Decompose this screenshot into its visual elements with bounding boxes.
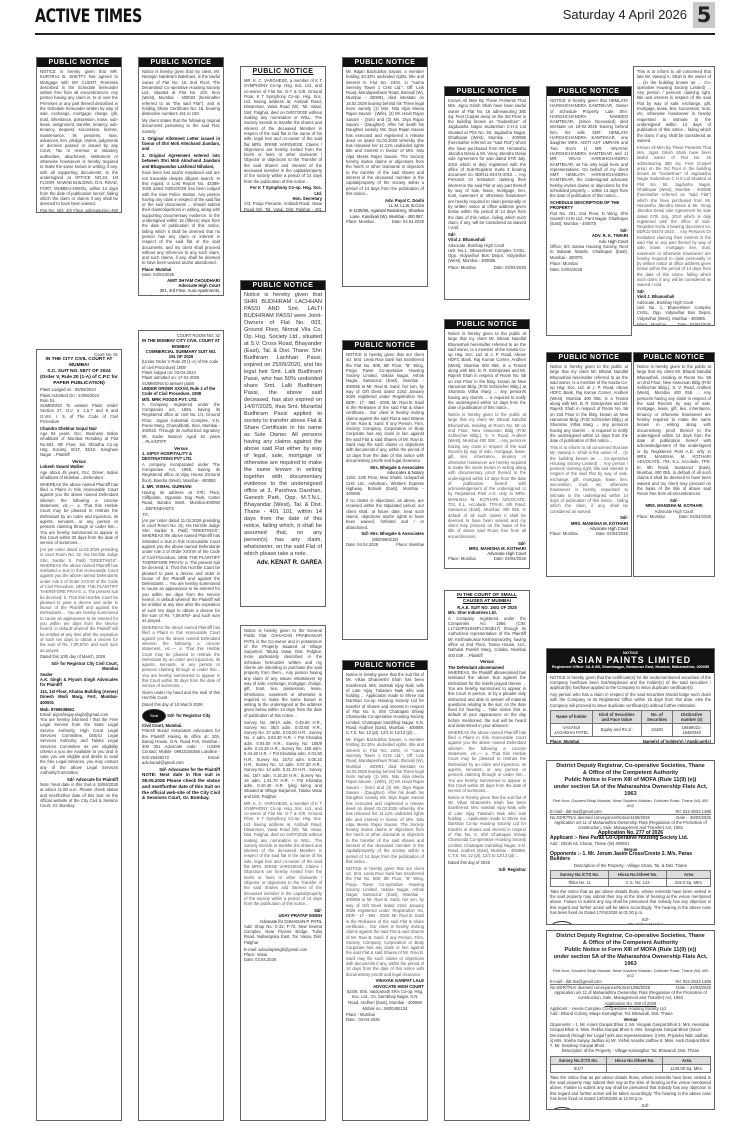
notice-heading: PUBLIC NOTICE xyxy=(343,58,427,67)
dated: Dated this day of 2026 xyxy=(448,860,526,865)
dated: Dated this day of 10 March 2026 xyxy=(142,702,220,707)
notice-body: NOTICE is hereby given that our client v… xyxy=(346,352,424,463)
public-notice-jigna-shah: PUBLIC NOTICE Known All Men By These Pre… xyxy=(444,86,530,300)
company-name: ASIAN PAINTS LIMITED xyxy=(547,655,714,665)
signatory: Adv. KENAT R. GAREA xyxy=(244,560,322,567)
public-notice-chhagan-patil: Notice is hereby given to the General Pu… xyxy=(240,625,326,1121)
schedule-heading: SCHEDULE DESCRIPTION OF THE PROPERTY xyxy=(550,200,628,211)
address: 1202, 12th Floor, Maa Shakti, Udayachal … xyxy=(346,475,424,496)
col-header: Hissa No./Sheet No. xyxy=(607,1056,663,1064)
date: Date : 04-04-2026 xyxy=(346,1017,424,1022)
lost-report: have been lost and/or misplaced and are … xyxy=(142,170,220,265)
col-header: Hissa No./Sheet No. xyxy=(608,870,666,878)
property-table: Survey No./CTS No. Hissa No./Sheet No. A… xyxy=(550,870,711,887)
notice-body: Mr. Rajan Bachubhai Savani, a member hol… xyxy=(346,69,424,196)
col-header: Area xyxy=(667,870,711,878)
date: Date: 03.04.2026 xyxy=(244,957,322,962)
notice-body: NOTICE is hereby given that MR. KURYRAJ … xyxy=(40,69,118,207)
col-header: Area xyxy=(663,1056,711,1064)
registrar-sign: Sd/- Registrar xyxy=(448,867,526,872)
plaintiff-details: Age 54 years, Occ. Business Indian inhab… xyxy=(40,431,118,457)
ddr-address: First floor, Gaodevi Bhaji Mandai, Near … xyxy=(550,968,711,979)
notice-body-cont-2: NOTICE is hereby given that our client v… xyxy=(346,866,424,977)
signatory: (Dr. Kishor Mande) xyxy=(580,922,711,925)
notice-body: This is to inform to all concerned that … xyxy=(637,69,711,143)
security-kind: Equity and Rs.1/- xyxy=(592,723,641,736)
table-row: 5/1/7 - 1135.00 Sq. Mtrs. xyxy=(551,1064,711,1072)
advocates-details: Pritesh Burad Associates Advocates for t… xyxy=(142,728,220,765)
place: Place: Mumbai xyxy=(550,531,578,536)
survey-no: 5/1/7 xyxy=(551,1064,607,1072)
date: Date: 04/04/2026 xyxy=(494,265,526,270)
area: 1135.00 Sq. Mtrs. xyxy=(663,1064,711,1072)
summons-text: SUMMONS To answer Plaint Under Section 2… xyxy=(40,403,118,424)
summary-suit: COMMERCIAL SUMMARY SUIT NO. 191 OF 2026 xyxy=(142,349,220,360)
col-header: No. of Securities xyxy=(641,710,673,723)
notice-body-cont: Notice is hereby given to the public at … xyxy=(448,412,526,539)
place: Place : Mumbai xyxy=(637,322,666,326)
notice-body-cont: This is to inform to all concerned that … xyxy=(550,445,628,514)
notice-body: Notice is hereby given that SHRI BUDHIRA… xyxy=(244,292,322,558)
signatory: (Dr. Kishor Mande) xyxy=(580,1108,711,1110)
issue-date: Saturday 4 April 2026 xyxy=(563,7,687,22)
hearing-notice: Take the notice that as per above detail… xyxy=(550,1075,711,1101)
registrar-sign: Sd/- for Registrar City Civil Court, Mum… xyxy=(40,661,118,672)
notice-heading: PUBLIC NOTICE xyxy=(343,341,427,350)
table-row: VASANJI JAGABHAI PATEL Equity and Rs.1/-… xyxy=(551,723,711,736)
ddr-title-1: District Deputy Registrar, Co-operative … xyxy=(550,933,711,940)
notice-heading: PUBLIC NOTICE xyxy=(445,320,529,329)
place: Place: Mumbai xyxy=(346,219,374,224)
summons-body-cont: WHEREAS the above named Plaintiff has fi… xyxy=(142,625,220,689)
holder-name: VASANJI JAGABHAI PATEL xyxy=(551,723,593,736)
ddr-title-3: Public Notice in Form XIII of MOFA (Rule… xyxy=(550,947,711,954)
masthead-rule xyxy=(35,33,715,35)
public-notice-bhanushali-tenant: PUBLIC NOTICE Notice is hereby given to … xyxy=(546,352,632,577)
bombay-city-civil-court-summary-suit: COURT ROOM NO: 32 IN THE BOMBAY CITY CIV… xyxy=(138,330,224,1121)
summons-body: WHEREAS, the Plaintiff abovenamed has in… xyxy=(448,670,526,728)
summons-body: WHEREAS the above named Plaintiff has fi… xyxy=(40,482,118,546)
holder-label: Name(s) of holder(s) / Applicant(s) xyxy=(643,739,711,744)
public-notice-bhanushali-room: PUBLIC NOTICE Notice is hereby given to … xyxy=(444,319,530,569)
paper-name: ACTIVE TIMES xyxy=(35,5,142,27)
notice-body-2: Any person who has a claim in respect of… xyxy=(550,692,711,708)
col-header: Survey No./CTS No. xyxy=(551,870,609,878)
ddr-title-2: & Office of the Competent Authority xyxy=(550,940,711,947)
address: Add: Shop No. C-32, F-73, New Seema Comp… xyxy=(244,924,322,945)
ddr-title-1: District Deputy Registrar, Co-operative … xyxy=(550,763,711,770)
notice-heading: PUBLIC NOTICE xyxy=(343,661,427,670)
court-name: IN THE COURT OF SMALL CAUSES AT MUMBAI xyxy=(448,593,526,605)
notice-heading: PUBLIC NOTICE xyxy=(241,67,325,76)
next-date-note: Note: Next date in this Suit is 18/04/20… xyxy=(40,782,118,808)
ddr-address: First floor, Gaodevi Bhaji Mandai, Near … xyxy=(550,798,711,809)
address: 524/8, Shri. Vaidyanath SRA Co-op. Hsg. … xyxy=(346,989,424,1005)
order-rule: [Under Order V Rule 20 (1-A) of the code… xyxy=(142,359,220,370)
distinctive-numbers: 19469021- 19480340 xyxy=(673,723,711,736)
ddr-title-4: under section 5A of the Maharashtra Owne… xyxy=(550,784,711,798)
defendant-2-details: Having its address at 07th Floor, Cliffp… xyxy=(142,490,220,511)
signatory-address: 301, 3rd Floor, Aura Apartments, Sachatm… xyxy=(142,288,220,296)
property-table: Survey No./CTS No. Hissa No./Sheet No. A… xyxy=(550,1056,711,1073)
ddr-email: E-mail - ddr.tna@gmail.com xyxy=(550,809,602,814)
notice-body: NOTICE is hereby given that HEMLATA HARI… xyxy=(550,98,628,199)
defendant-details: Age about 45 years, Occ. Driver, Indian … xyxy=(40,470,118,481)
public-notice-kothari: PUBLIC NOTICE Notice is hereby given to … xyxy=(633,352,715,577)
notice-body-cont: MR. K. C. VARGHESE, a member of K T SYMP… xyxy=(244,801,322,907)
notice-heading: PUBLIC NOTICE xyxy=(241,281,325,290)
ref-number: No.DDR/TNA/ deemed conveyance/Notice/118… xyxy=(550,815,650,820)
place: Place: Mumbai xyxy=(448,556,476,561)
address: E-1105/06, Agarwal Residency, Shankar La… xyxy=(346,208,424,219)
notice-heading: PUBLIC NOTICE xyxy=(634,353,714,362)
asian-paints-notice: NOTICE ASIAN PAINTS LIMITED Registered O… xyxy=(546,648,715,744)
ddr-tel: Tel: 022-2533 1486 xyxy=(675,979,711,984)
ddr-title-3: Public Notice in Form XIII of MOFA (Rule… xyxy=(550,777,711,784)
place: Place: Mumbai xyxy=(448,265,476,270)
hearing-notice: Take the notice that as per above detail… xyxy=(550,889,711,915)
security-count: 10420 xyxy=(641,723,673,736)
place: Place: Mumbai xyxy=(637,514,665,519)
summons-body-cont-2: Notice is hereby given that the suit fla… xyxy=(448,795,526,859)
table-row: Tikka No. 11 C.S. No. 124 319.0 Sq. Mtrs… xyxy=(551,878,711,886)
application-under: Application u/s 11 of Maharashtra Owners… xyxy=(550,990,711,1001)
ddr-notice-280: District Deputy Registrar, Co-operative … xyxy=(546,930,715,1110)
seal-icon: SEAL xyxy=(550,1107,574,1110)
notice-body-cont: Mr. Rajan Bachubhai Savani, a member hol… xyxy=(346,737,424,864)
schedule: Flat No. 201, 2nd Floor, D Wing, Shri Ga… xyxy=(550,211,628,227)
address: Unit No.1, Bhavesheer Complex CHSL, Opp.… xyxy=(448,248,526,264)
notice-body: MR. K. C. VARGHESE, a member of K T SYMP… xyxy=(244,78,322,184)
securities-table: Name of holder Kind of Securities and Fa… xyxy=(550,710,711,737)
ddr-title-2: & Office of the Competent Authority xyxy=(550,770,711,777)
date: Date: 04/04/2026 xyxy=(494,556,526,561)
defendant-1-details: A company incorporated under The Compani… xyxy=(142,462,220,483)
survey-no: Tikka No. 11 xyxy=(551,878,609,886)
summons-body-cont: WHEREAS the above named Plaintiff has fi… xyxy=(448,730,526,794)
date: Date: 04/04/2026 xyxy=(596,531,628,536)
public-notice-mortgage: PUBLIC NOTICE NOTICE is hereby given tha… xyxy=(36,57,122,213)
date: Date: 04/04/2026 xyxy=(550,267,628,272)
advocate: A.K. Singh & Piyush Singh Advocates for … xyxy=(40,677,118,688)
notice-schedule: Flat No. 403, 4th Floor, admeasuring 450… xyxy=(40,208,118,213)
signatory: For K T Symphony Co-op. Hsg. Soc. Ltd. xyxy=(244,185,322,196)
property-schedule: Survey No. 38/1A adm. 0.49.50 H.R., Surv… xyxy=(244,720,322,799)
documents-intro: My client states that the following orig… xyxy=(142,118,220,134)
public-notice-savani: PUBLIC NOTICE Mr. Rajan Bachubhai Savani… xyxy=(342,57,428,287)
place: Place: Mumbai xyxy=(396,542,424,547)
ddr-email: E-mail - ddr.tna@gmail.com xyxy=(550,979,602,984)
court-name: IN THE CITY CIVIL COURT AT MUMBAI xyxy=(40,357,118,369)
public-notice-naik: PUBLIC NOTICE Notice is hereby given tha… xyxy=(342,660,428,1121)
summons-body-cont: [As per order dated 11.02.2026 presiding… xyxy=(40,547,118,653)
place: Place: Mumbai xyxy=(550,739,583,744)
summons-body: [As per order dated 11.02.2026 presiding… xyxy=(142,518,220,624)
notice-heading: PUBLIC NOTICE xyxy=(445,87,529,96)
public-notice-budhiram-passi: PUBLIC NOTICE Notice is hereby given tha… xyxy=(240,280,326,607)
notice-body-1: NOTICE is hereby given that the certific… xyxy=(550,675,711,691)
next-date-note: NOTE: Next date in this suit is 08.05.20… xyxy=(142,772,220,801)
plaintiff-details: A Company registered under the Companies… xyxy=(142,402,220,444)
ddr-notice-277: District Deputy Registrar, Co-operative … xyxy=(546,760,715,925)
ddr-tel: Tel: 022-2533 1486 xyxy=(675,809,711,814)
public-notice-kamtekar: PUBLIC NOTICE NOTICE is hereby given tha… xyxy=(546,86,632,336)
masthead: ACTIVE TIMES Saturday 4 April 2026 5 xyxy=(35,0,715,28)
notice-body: Notice is hereby given that the suit fla… xyxy=(346,672,424,736)
notice-heading: PUBLIC NOTICE xyxy=(547,87,631,96)
page-number: 5 xyxy=(693,2,715,28)
court-seal-icon: Seal xyxy=(142,709,166,723)
address: Office: 5/3 Janata Housing Society, Next… xyxy=(550,244,628,260)
ddr-title-4: under section 5A of the Maharashtra Owne… xyxy=(550,954,711,968)
notice-heading: PUBLIC NOTICE xyxy=(547,353,631,362)
registered-office: Registered Office: 6A & 6B, Shantinagar,… xyxy=(547,665,714,670)
col-header: Name of holder xyxy=(551,710,593,723)
property-description: Description of the Property - Village Ka… xyxy=(550,1048,711,1053)
defendant-1: 1. GIPSY HOSPITALITY & DESTINATIONS PVT … xyxy=(142,451,220,462)
public-notice-kt-symphony: PUBLIC NOTICE MR. K. C. VARGHESE, a memb… xyxy=(240,66,326,212)
opponents: Opponents :- 1. Mr. Jorum Jasim Cross/Cr… xyxy=(550,852,711,863)
hissa-no: - xyxy=(607,1064,663,1072)
notice-body-cont: Known All Men By These Presents That Mrs… xyxy=(637,145,711,288)
hissa-no: C.S. No. 124 xyxy=(608,878,666,886)
advocate-address: 114, 1st Floor, Khatau Building (Annex) … xyxy=(40,689,118,705)
col-header: Kind of Securities and Face Value xyxy=(592,710,641,723)
col-header: Distinctive number (s) xyxy=(673,710,711,723)
notice-body: Notice is hereby given to the public at … xyxy=(637,364,711,496)
notice-heading: PUBLIC NOTICE xyxy=(37,58,121,67)
dated: Dated this 10th day of March, 2026 xyxy=(40,654,118,659)
notice-body: Notice is hereby given to the General Pu… xyxy=(244,628,322,718)
notice-heading: PUBLIC NOTICE xyxy=(139,58,223,67)
date: Date: 04/04/2026 xyxy=(679,514,711,519)
public-notice-sanil: PUBLIC NOTICE NOTICE is hereby given tha… xyxy=(342,340,428,640)
date: Date : 04/04/2026 xyxy=(678,322,711,326)
plaintiff-details: A Company registered under the Companies… xyxy=(448,616,526,658)
notice-vasanji-shah: This is to inform to all concerned that … xyxy=(633,66,715,326)
address: A/3, Pooja Pinnacle, Ambadi Road, Vasai … xyxy=(244,201,322,212)
document-2: 2. Original Agreement entered into betwe… xyxy=(142,153,220,169)
notice-body: Notice is hereby given to the public at … xyxy=(550,364,628,443)
city-civil-court-summons: Court No. 61 IN THE CITY CIVIL COURT AT … xyxy=(36,349,122,1121)
public-notice-lost-documents: PUBLIC NOTICE Notice is hereby given tha… xyxy=(138,57,224,296)
address: Unit No. 1, Bhavesheer Complex CHSL, Opp… xyxy=(637,305,711,321)
opponents: Opponents :- 1. Mr. Anant Ganpat Bhoir 2… xyxy=(550,1022,711,1048)
property-description: Description of the Property - Village Ch… xyxy=(550,863,711,868)
date: Date: 04.04.2026 xyxy=(392,219,424,224)
footer-note: If no claims or objections, as above, ar… xyxy=(346,498,424,530)
order-rule: (Order V, Rule 20 (1-A) of C.P.C for PAP… xyxy=(40,375,118,387)
asian-paints-header: NOTICE ASIAN PAINTS LIMITED Registered O… xyxy=(547,649,714,673)
signatory: MRS. MANISHA M. KOTHARI xyxy=(637,503,711,508)
small-causes-court-summons: IN THE COURT OF SMALL CAUSES AT MUMBAI R… xyxy=(444,590,530,1121)
notice-body: Known All Men By These Presents That Mrs… xyxy=(448,98,526,230)
court-name: IN THE BOMBAY CITY CIVIL COURT AT BOMBAY xyxy=(142,338,220,349)
area: 319.0 Sq. Mtrs. xyxy=(667,878,711,886)
notice-body: Notice is hereby given that my client, M… xyxy=(142,69,220,117)
ref-number: No.DDR/TNA/ deemed conveyance/Notice/125… xyxy=(550,985,650,990)
col-header: Survey No./CTS No. xyxy=(551,1056,607,1064)
seal-icon: SEAL xyxy=(550,921,574,925)
date: Date: 04.04.2026 xyxy=(346,542,378,547)
legal-service-info: You are hereby informed I that the Free … xyxy=(40,717,118,775)
given-under-hand: Given under my hand and the seal of this… xyxy=(142,690,220,701)
under-order: UNDER ORDER XXXVII, Rule 2 of the Code o… xyxy=(142,386,220,397)
notice-body: Notice is hereby given to the public at … xyxy=(448,331,526,410)
document-1: 1. Original Allotment Letter issued in f… xyxy=(142,136,220,152)
